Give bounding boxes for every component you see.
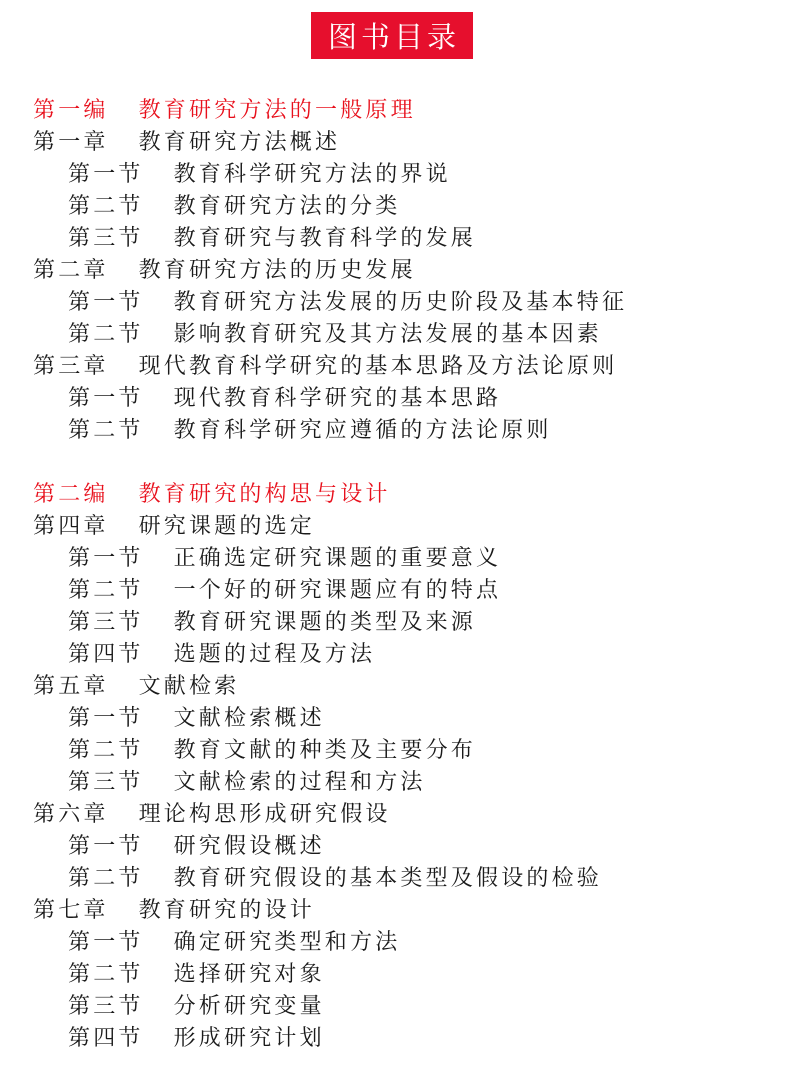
- toc-section: 第一节教育研究方法发展的历史阶段及基本特征: [33, 287, 773, 319]
- section-title: 教育研究课题的类型及来源: [174, 610, 476, 635]
- chapter-title: 现代教育科学研究的基本思路及方法论原则: [139, 354, 618, 379]
- table-of-contents: 第一编教育研究方法的一般原理 第一章教育研究方法概述 第一节教育科学研究方法的界…: [33, 95, 773, 1055]
- toc-section: 第二节一个好的研究课题应有的特点: [33, 575, 773, 607]
- section-title: 教育研究方法的分类: [174, 194, 401, 219]
- section-title: 形成研究计划: [174, 1026, 325, 1051]
- section-number: 第二节: [68, 319, 144, 351]
- section-title: 研究假设概述: [174, 834, 325, 859]
- section-number: 第四节: [68, 1023, 144, 1055]
- chapter-number: 第一章: [33, 127, 109, 159]
- section-number: 第四节: [68, 639, 144, 671]
- toc-section: 第二节选择研究对象: [33, 959, 773, 991]
- chapter-title: 教育研究方法的历史发展: [139, 258, 416, 283]
- toc-section: 第一节教育科学研究方法的界说: [33, 159, 773, 191]
- toc-section: 第四节选题的过程及方法: [33, 639, 773, 671]
- section-title: 选择研究对象: [174, 962, 325, 987]
- section-number: 第三节: [68, 607, 144, 639]
- toc-section: 第三节文献检索的过程和方法: [33, 767, 773, 799]
- toc-section: 第一节确定研究类型和方法: [33, 927, 773, 959]
- toc-section: 第四节形成研究计划: [33, 1023, 773, 1055]
- toc-chapter: 第三章现代教育科学研究的基本思路及方法论原则: [33, 351, 773, 383]
- chapter-title: 理论构思形成研究假设: [139, 802, 391, 827]
- chapter-number: 第四章: [33, 511, 109, 543]
- section-title: 教育科学研究方法的界说: [174, 162, 451, 187]
- section-number: 第三节: [68, 767, 144, 799]
- toc-chapter: 第二章教育研究方法的历史发展: [33, 255, 773, 287]
- section-title: 选题的过程及方法: [174, 642, 376, 667]
- page-title: 图书目录: [328, 15, 460, 56]
- section-title: 现代教育科学研究的基本思路: [174, 386, 502, 411]
- toc-section: 第三节教育研究课题的类型及来源: [33, 607, 773, 639]
- toc-part-heading: 第一编教育研究方法的一般原理: [33, 95, 773, 127]
- part-number: 第二编: [33, 479, 109, 511]
- chapter-number: 第六章: [33, 799, 109, 831]
- toc-chapter: 第一章教育研究方法概述: [33, 127, 773, 159]
- section-number: 第二节: [68, 575, 144, 607]
- section-title: 一个好的研究课题应有的特点: [174, 578, 502, 603]
- section-number: 第二节: [68, 863, 144, 895]
- toc-chapter: 第五章文献检索: [33, 671, 773, 703]
- toc-part-heading: 第二编教育研究的构思与设计: [33, 479, 773, 511]
- toc-chapter: 第七章教育研究的设计: [33, 895, 773, 927]
- section-number: 第二节: [68, 959, 144, 991]
- toc-section: 第一节文献检索概述: [33, 703, 773, 735]
- toc-section: 第三节分析研究变量: [33, 991, 773, 1023]
- chapter-number: 第五章: [33, 671, 109, 703]
- section-title: 文献检索的过程和方法: [174, 770, 426, 795]
- section-number: 第一节: [68, 383, 144, 415]
- part-title: 教育研究方法的一般原理: [139, 98, 416, 123]
- toc-section: 第二节教育研究方法的分类: [33, 191, 773, 223]
- toc-section: 第三节教育研究与教育科学的发展: [33, 223, 773, 255]
- toc-section: 第一节现代教育科学研究的基本思路: [33, 383, 773, 415]
- toc-section: 第二节教育研究假设的基本类型及假设的检验: [33, 863, 773, 895]
- toc-section: 第二节教育科学研究应遵循的方法论原则: [33, 415, 773, 447]
- section-number: 第一节: [68, 543, 144, 575]
- chapter-number: 第二章: [33, 255, 109, 287]
- chapter-title: 教育研究的设计: [139, 898, 315, 923]
- chapter-title: 文献检索: [139, 674, 240, 699]
- toc-chapter: 第四章研究课题的选定: [33, 511, 773, 543]
- toc-chapter: 第六章理论构思形成研究假设: [33, 799, 773, 831]
- section-title: 教育科学研究应遵循的方法论原则: [174, 418, 552, 443]
- section-number: 第三节: [68, 991, 144, 1023]
- section-number: 第二节: [68, 191, 144, 223]
- toc-section: 第二节影响教育研究及其方法发展的基本因素: [33, 319, 773, 351]
- section-number: 第二节: [68, 735, 144, 767]
- section-number: 第一节: [68, 287, 144, 319]
- chapter-number: 第三章: [33, 351, 109, 383]
- section-title: 确定研究类型和方法: [174, 930, 401, 955]
- section-title: 教育研究方法发展的历史阶段及基本特征: [174, 290, 628, 315]
- section-number: 第二节: [68, 415, 144, 447]
- section-title: 文献检索概述: [174, 706, 325, 731]
- toc-section: 第一节研究假设概述: [33, 831, 773, 863]
- part-title: 教育研究的构思与设计: [139, 482, 391, 507]
- section-number: 第一节: [68, 159, 144, 191]
- toc-section: 第一节正确选定研究课题的重要意义: [33, 543, 773, 575]
- section-title: 正确选定研究课题的重要意义: [174, 546, 502, 571]
- section-title: 影响教育研究及其方法发展的基本因素: [174, 322, 602, 347]
- section-title: 分析研究变量: [174, 994, 325, 1019]
- section-number: 第一节: [68, 831, 144, 863]
- section-title: 教育研究假设的基本类型及假设的检验: [174, 866, 602, 891]
- chapter-title: 教育研究方法概述: [139, 130, 341, 155]
- section-number: 第一节: [68, 927, 144, 959]
- page-title-badge: 图书目录: [311, 12, 473, 59]
- part-number: 第一编: [33, 95, 109, 127]
- section-number: 第一节: [68, 703, 144, 735]
- chapter-number: 第七章: [33, 895, 109, 927]
- chapter-title: 研究课题的选定: [139, 514, 315, 539]
- section-title: 教育文献的种类及主要分布: [174, 738, 476, 763]
- toc-section: 第二节教育文献的种类及主要分布: [33, 735, 773, 767]
- section-number: 第三节: [68, 223, 144, 255]
- section-title: 教育研究与教育科学的发展: [174, 226, 476, 251]
- part-spacer: [33, 447, 773, 479]
